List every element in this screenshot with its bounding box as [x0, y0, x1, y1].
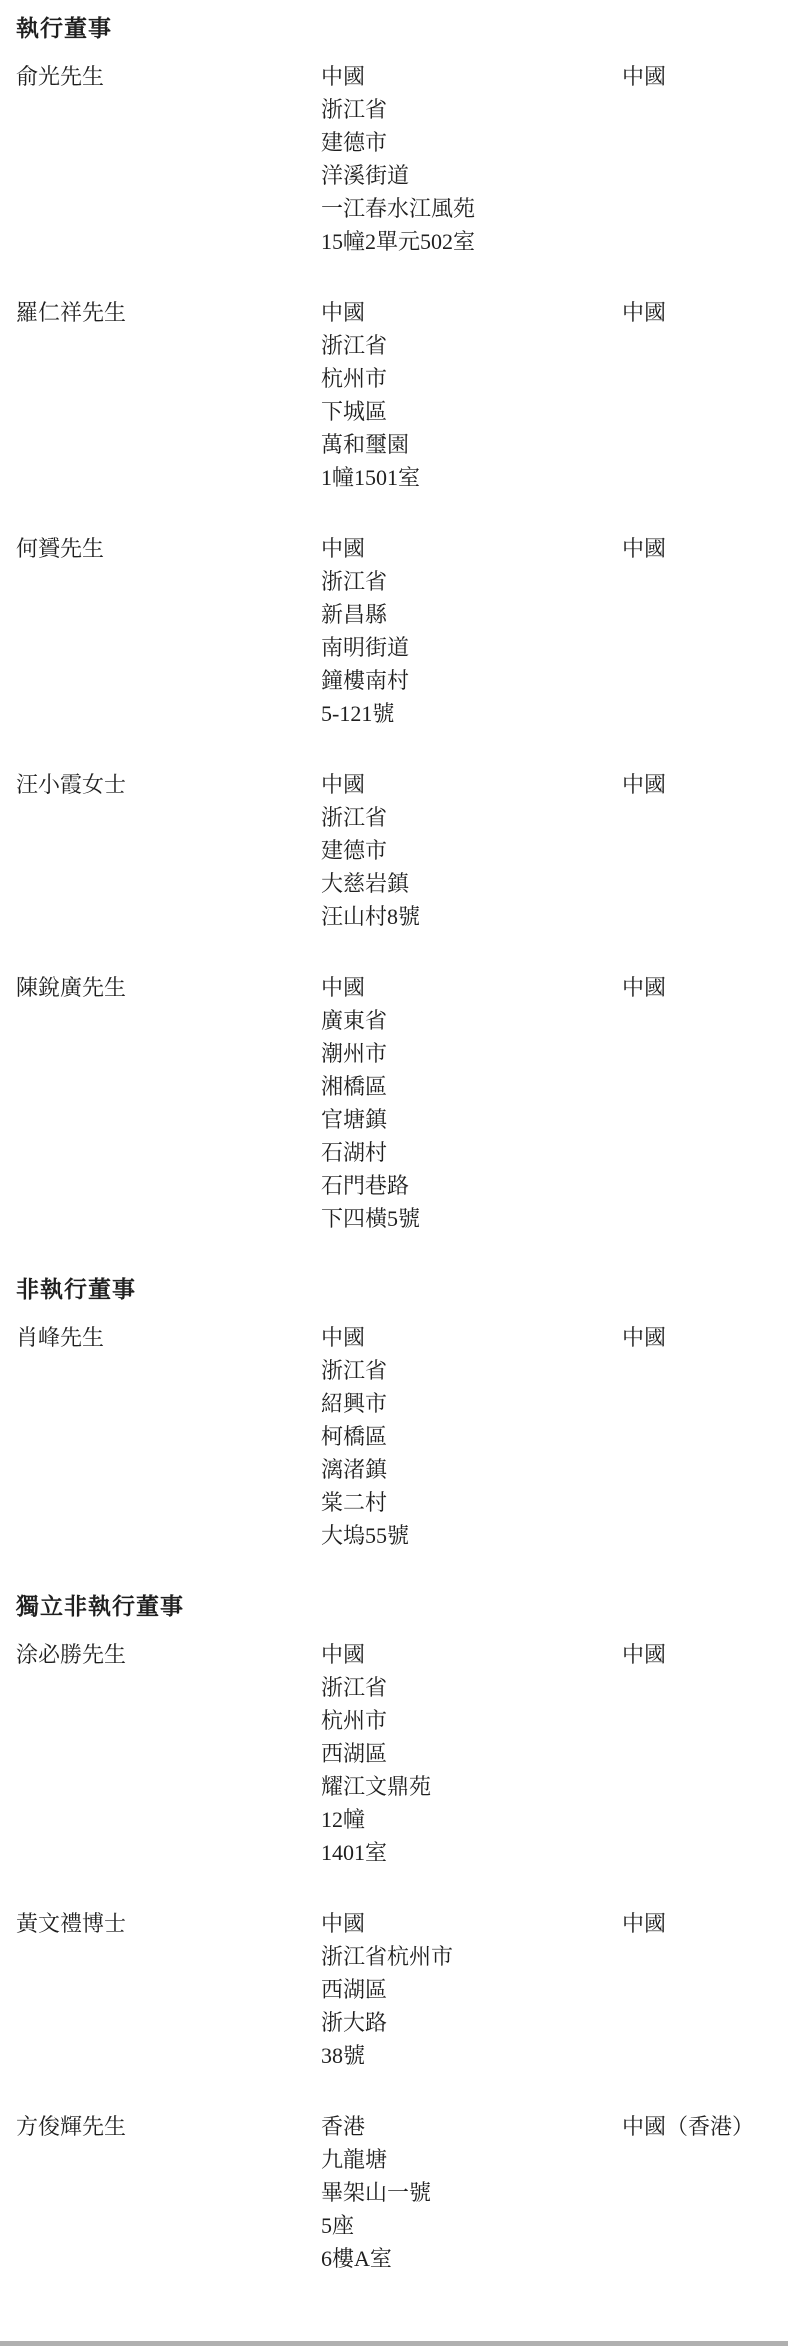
director-entry: 涂必勝先生中國浙江省杭州市西湖區耀江文鼎苑12幢1401室中國	[16, 1638, 788, 1869]
director-nationality: 中國	[622, 532, 788, 565]
section-heading: 執行董事	[16, 12, 788, 46]
address-line: 中國	[321, 1321, 622, 1354]
director-entry: 方俊輝先生香港九龍塘畢架山一號5座6樓A室中國（香港）	[16, 2110, 788, 2275]
address-line: 香港	[321, 2110, 622, 2143]
director-name: 俞光先生	[16, 60, 321, 93]
address-line: 潮州市	[321, 1037, 622, 1070]
address-line: 浙江省	[321, 1354, 622, 1387]
address-line: 杭州市	[321, 1704, 622, 1737]
address-line: 耀江文鼎苑	[321, 1770, 622, 1803]
address-line: 官塘鎮	[321, 1103, 622, 1136]
director-nationality: 中國	[622, 971, 788, 1004]
address-line: 5-121號	[321, 697, 622, 730]
director-entry: 黃文禮博士中國浙江省杭州市西湖區浙大路38號中國	[16, 1907, 788, 2072]
address-line: 九龍塘	[321, 2143, 622, 2176]
address-line: 汪山村8號	[321, 900, 622, 933]
address-line: 紹興市	[321, 1387, 622, 1420]
address-line: 柯橋區	[321, 1420, 622, 1453]
director-address: 中國廣東省潮州市湘橋區官塘鎮石湖村石門巷路下四橫5號	[321, 971, 622, 1235]
director-nationality: 中國	[622, 1638, 788, 1671]
director-name: 羅仁祥先生	[16, 296, 321, 329]
section-heading: 獨立非執行董事	[16, 1590, 788, 1624]
director-nationality: 中國（香港）	[622, 2110, 788, 2143]
address-line: 鐘樓南村	[321, 664, 622, 697]
address-line: 下城區	[321, 395, 622, 428]
director-name: 陳銳廣先生	[16, 971, 321, 1004]
director-nationality: 中國	[622, 1321, 788, 1354]
director-address: 中國浙江省杭州市西湖區耀江文鼎苑12幢1401室	[321, 1638, 622, 1869]
director-address: 中國浙江省建德市大慈岩鎮汪山村8號	[321, 768, 622, 933]
address-line: 石湖村	[321, 1136, 622, 1169]
director-name: 方俊輝先生	[16, 2110, 321, 2143]
address-line: 新昌縣	[321, 598, 622, 631]
director-address: 中國浙江省杭州市西湖區浙大路38號	[321, 1907, 622, 2072]
director-address: 中國浙江省建德市洋溪街道一江春水江風苑15幢2單元502室	[321, 60, 622, 258]
address-line: 中國	[321, 1638, 622, 1671]
director-address: 中國浙江省新昌縣南明街道鐘樓南村5-121號	[321, 532, 622, 730]
director-nationality: 中國	[622, 296, 788, 329]
address-line: 廣東省	[321, 1004, 622, 1037]
director-name: 黃文禮博士	[16, 1907, 321, 1940]
address-line: 湘橋區	[321, 1070, 622, 1103]
section-heading: 非執行董事	[16, 1273, 788, 1307]
address-line: 漓渚鎮	[321, 1453, 622, 1486]
directors-address-page: 執行董事俞光先生中國浙江省建德市洋溪街道一江春水江風苑15幢2單元502室中國羅…	[0, 0, 788, 2348]
director-entry: 陳銳廣先生中國廣東省潮州市湘橋區官塘鎮石湖村石門巷路下四橫5號中國	[16, 971, 788, 1235]
address-line: 6樓A室	[321, 2242, 622, 2275]
director-entry: 何贇先生中國浙江省新昌縣南明街道鐘樓南村5-121號中國	[16, 532, 788, 730]
address-line: 中國	[321, 971, 622, 1004]
address-line: 浙江省杭州市	[321, 1940, 622, 1973]
page-bottom-divider	[0, 2341, 788, 2346]
director-address: 中國浙江省杭州市下城區萬和璽園1幢1501室	[321, 296, 622, 494]
address-line: 浙江省	[321, 93, 622, 126]
director-entry: 肖峰先生中國浙江省紹興市柯橋區漓渚鎮棠二村大塢55號中國	[16, 1321, 788, 1552]
address-line: 中國	[321, 296, 622, 329]
address-line: 西湖區	[321, 1973, 622, 2006]
address-line: 萬和璽園	[321, 428, 622, 461]
address-line: 大塢55號	[321, 1519, 622, 1552]
address-line: 大慈岩鎮	[321, 867, 622, 900]
sections-container: 執行董事俞光先生中國浙江省建德市洋溪街道一江春水江風苑15幢2單元502室中國羅…	[16, 12, 788, 2275]
address-line: 38號	[321, 2039, 622, 2072]
address-line: 西湖區	[321, 1737, 622, 1770]
address-line: 1401室	[321, 1836, 622, 1869]
address-line: 石門巷路	[321, 1169, 622, 1202]
director-name: 涂必勝先生	[16, 1638, 321, 1671]
address-line: 杭州市	[321, 362, 622, 395]
address-line: 浙江省	[321, 1671, 622, 1704]
address-line: 下四橫5號	[321, 1202, 622, 1235]
address-line: 建德市	[321, 834, 622, 867]
director-name: 何贇先生	[16, 532, 321, 565]
address-line: 浙江省	[321, 801, 622, 834]
director-entry: 羅仁祥先生中國浙江省杭州市下城區萬和璽園1幢1501室中國	[16, 296, 788, 494]
address-line: 洋溪街道	[321, 159, 622, 192]
director-name: 肖峰先生	[16, 1321, 321, 1354]
address-line: 建德市	[321, 126, 622, 159]
address-line: 浙江省	[321, 565, 622, 598]
address-line: 15幢2單元502室	[321, 225, 622, 258]
address-line: 5座	[321, 2209, 622, 2242]
address-line: 中國	[321, 1907, 622, 1940]
address-line: 浙江省	[321, 329, 622, 362]
address-line: 1幢1501室	[321, 461, 622, 494]
director-nationality: 中國	[622, 1907, 788, 1940]
director-address: 中國浙江省紹興市柯橋區漓渚鎮棠二村大塢55號	[321, 1321, 622, 1552]
director-name: 汪小霞女士	[16, 768, 321, 801]
address-line: 中國	[321, 60, 622, 93]
director-entry: 汪小霞女士中國浙江省建德市大慈岩鎮汪山村8號中國	[16, 768, 788, 933]
address-line: 浙大路	[321, 2006, 622, 2039]
director-nationality: 中國	[622, 768, 788, 801]
director-entry: 俞光先生中國浙江省建德市洋溪街道一江春水江風苑15幢2單元502室中國	[16, 60, 788, 258]
address-line: 一江春水江風苑	[321, 192, 622, 225]
address-line: 棠二村	[321, 1486, 622, 1519]
address-line: 中國	[321, 532, 622, 565]
director-address: 香港九龍塘畢架山一號5座6樓A室	[321, 2110, 622, 2275]
address-line: 12幢	[321, 1803, 622, 1836]
address-line: 畢架山一號	[321, 2176, 622, 2209]
address-line: 南明街道	[321, 631, 622, 664]
director-nationality: 中國	[622, 60, 788, 93]
address-line: 中國	[321, 768, 622, 801]
